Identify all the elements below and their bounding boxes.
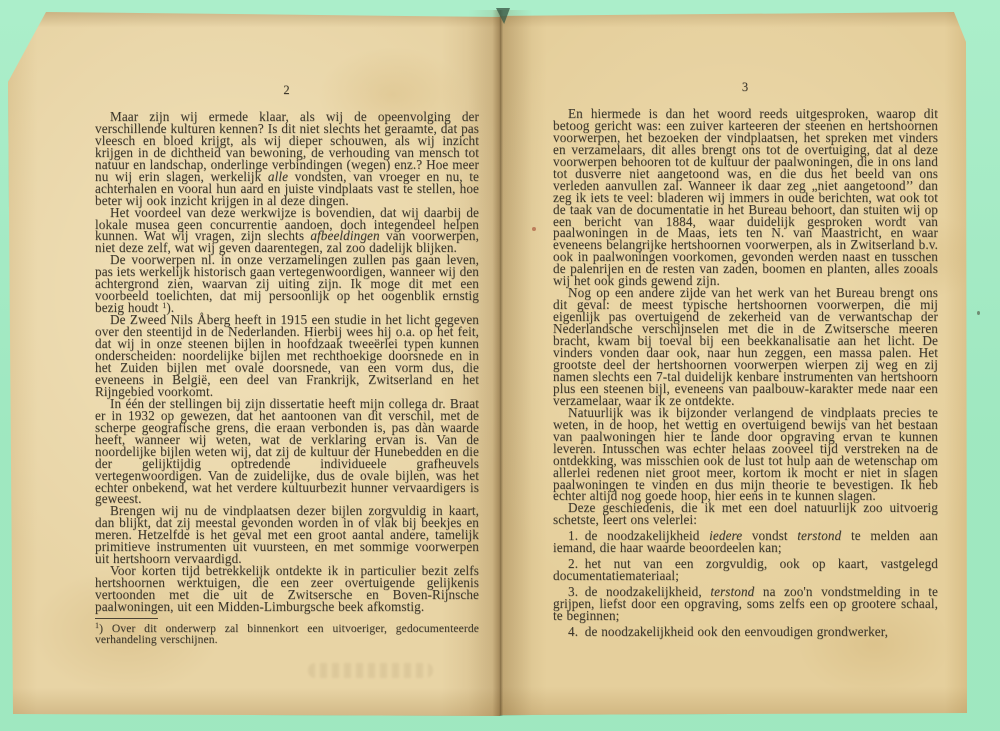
paragraph: Nog op een andere zijde van het werk van… — [553, 287, 938, 407]
paragraph: Maar zijn wij ermede klaar, als wij de o… — [95, 111, 479, 207]
text-segment: In één der stellingen bij zijn dissertat… — [95, 396, 479, 507]
text-segment: Voor korten tijd betrekkelijk ontdekte i… — [95, 563, 479, 614]
list-item: 1. de noodzakelijkheid iedere vondst ter… — [553, 530, 938, 554]
paragraph: De voorwerpen nl. in onze verzamelingen … — [95, 254, 479, 314]
text-segment: Deze geschiedenis, die ik met een doel n… — [553, 500, 938, 527]
text-segment: 2. het nut van een zorgvuldig, ook op ka… — [553, 556, 938, 583]
paragraph: Natuurlijk was ik bijzonder verlangend d… — [553, 407, 938, 503]
list-item: 3. de noodzakelijkheid, terstond na zoo'… — [553, 586, 938, 622]
list-item: 4. de noodzakelijkheid ook den eenvoudig… — [553, 626, 938, 638]
text-segment: ) Over dit onderwerp zal binnenkort een … — [95, 622, 479, 647]
text-segment: Brengen wij nu de vindplaatsen dezer bij… — [95, 503, 479, 566]
page-2-text-column: 2 Maar zijn wij ermede klaar, als wij de… — [95, 85, 479, 646]
footnote-text: 1) Over dit onderwerp zal binnenkort een… — [95, 623, 479, 646]
text-segment: De Zweed Nils Åberg heeft in 1915 een st… — [95, 312, 479, 399]
book-page-left: 2 Maar zijn wij ermede klaar, als wij de… — [8, 10, 500, 716]
page-2-paragraphs: Maar zijn wij ermede klaar, als wij de o… — [95, 111, 479, 613]
text-segment: 4. de noodzakelijkheid ook den eenvoudig… — [568, 624, 888, 639]
paragraph: De Zweed Nils Åberg heeft in 1915 een st… — [95, 314, 479, 398]
text-segment: Natuurlijk was ik bijzonder verlangend d… — [553, 405, 938, 504]
list-item: 2. het nut van een zorgvuldig, ook op ka… — [553, 558, 938, 582]
age-speck — [532, 227, 536, 231]
text-segment: terstond — [797, 528, 841, 543]
footnote-separator-rule — [95, 618, 158, 619]
text-segment: En hiermede is dan het woord reeds uitge… — [553, 106, 938, 288]
paragraph: Het voordeel van deze werkwijze is boven… — [95, 207, 479, 255]
age-speck — [977, 311, 980, 315]
paragraph: In één der stellingen bij zijn dissertat… — [95, 398, 479, 506]
page-3-text-column: 3 En hiermede is dan het woord reeds uit… — [553, 82, 938, 638]
paragraph: En hiermede is dan het woord reeds uitge… — [553, 108, 938, 287]
book-page-right: 3 En hiermede is dan het woord reeds uit… — [500, 10, 968, 715]
text-segment: Nog op een andere zijde van het werk van… — [553, 285, 938, 408]
page-3-paragraphs: En hiermede is dan het woord reeds uitge… — [553, 108, 938, 638]
paragraph: Deze geschiedenis, die ik met een doel n… — [553, 502, 938, 526]
page-number-right: 3 — [553, 82, 938, 94]
text-segment: De voorwerpen nl. in onze verzamelingen … — [95, 252, 479, 315]
paragraph: Voor korten tijd betrekkelijk ontdekte i… — [95, 565, 479, 613]
ink-show-through-smudge — [308, 663, 433, 678]
page-number-left: 2 — [95, 85, 479, 97]
paragraph: Brengen wij nu de vindplaatsen dezer bij… — [95, 505, 479, 565]
